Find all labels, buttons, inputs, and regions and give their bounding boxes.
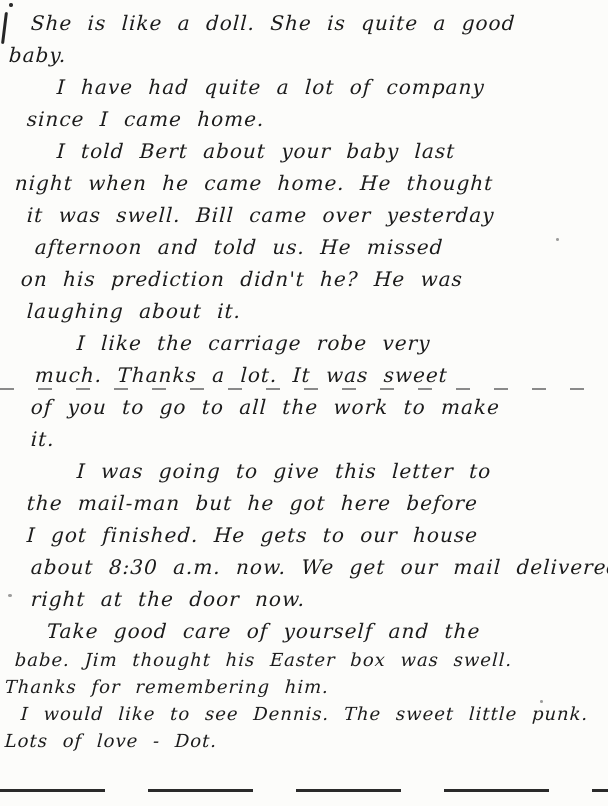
ink-speck (556, 238, 559, 241)
handwritten-line: it was swell. Bill came over yesterday (0, 200, 608, 232)
handwritten-line: right at the door now. (0, 584, 608, 616)
handwritten-line: I would like to see Dennis. The sweet li… (0, 702, 608, 729)
handwritten-line: it. (0, 424, 608, 456)
letter-body: She is like a doll. She is quite a good … (0, 8, 608, 756)
handwritten-line: laughing about it. (0, 296, 608, 328)
letter-page: She is like a doll. She is quite a good … (0, 0, 608, 806)
signature-line: Lots of love - Dot. (0, 729, 608, 756)
paper-edge-line (0, 789, 608, 792)
handwritten-line: I told Bert about your baby last (0, 136, 608, 168)
handwritten-line: since I came home. (0, 104, 608, 136)
fold-crease-line (0, 388, 608, 390)
handwritten-line: baby. (0, 40, 608, 72)
handwritten-line: night when he came home. He thought (0, 168, 608, 200)
handwritten-line: about 8:30 a.m. now. We get our mail del… (0, 552, 608, 584)
handwritten-line: babe. Jim thought his Easter box was swe… (0, 648, 608, 675)
handwritten-line: I like the carriage robe very (0, 328, 608, 360)
ink-speck (540, 700, 543, 703)
ink-speck (8, 594, 12, 597)
handwritten-line: the mail-man but he got here before (0, 488, 608, 520)
handwritten-line: afternoon and told us. He missed (0, 232, 608, 264)
handwritten-line: Take good care of yourself and the (0, 616, 608, 648)
handwritten-line: of you to go to all the work to make (0, 392, 608, 424)
handwritten-line: I have had quite a lot of company (0, 72, 608, 104)
handwritten-line: on his prediction didn't he? He was (0, 264, 608, 296)
handwritten-line: I was going to give this letter to (0, 456, 608, 488)
handwritten-line: Thanks for remembering him. (0, 675, 608, 702)
handwritten-line: I got finished. He gets to our house (0, 520, 608, 552)
stray-ink-dot (9, 3, 13, 7)
handwritten-line: She is like a doll. She is quite a good (0, 8, 608, 40)
